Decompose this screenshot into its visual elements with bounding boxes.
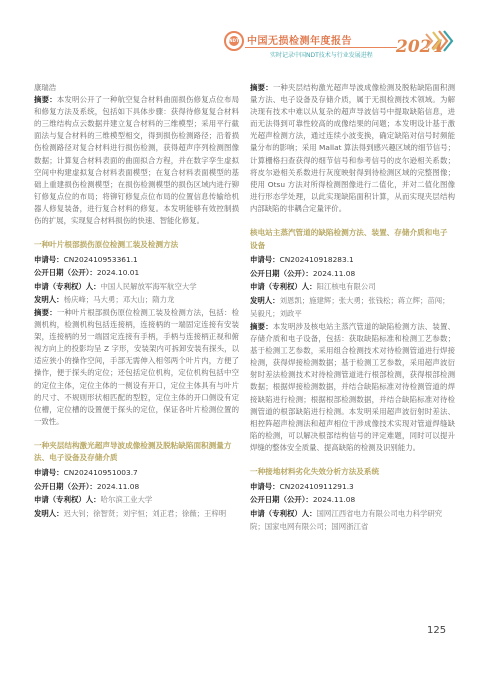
field-label: 申请号： — [250, 482, 280, 491]
field-value: 2024.11.08 — [313, 495, 355, 504]
applicant: 申请（专利权）人：国网江西省电力有限公司电力科学研究院；国家电网有限公司；国网浙… — [250, 507, 455, 534]
field-value: 迟大钊；徐智贤；刘宇恒；刘正君；徐薇；王梓明 — [64, 509, 227, 518]
field-label: 申请（专利权）人： — [34, 282, 101, 291]
field-label: 公开日期（公开）： — [250, 495, 313, 504]
publication-date: 公开日期（公开）：2024.11.08 — [250, 493, 455, 507]
inventors: 发明人：迟大钊；徐智贤；刘宇恒；刘正君；徐薇；王梓明 — [34, 507, 239, 521]
applicant: 申请（专利权）人：中国人民解放军海军航空大学 — [34, 280, 239, 294]
field-value: CN202410951003.7 — [64, 468, 138, 477]
logo-text: NDT — [229, 36, 239, 46]
publication-date: 公开日期（公开）：2024.11.08 — [34, 480, 239, 494]
abstract-text: 一种夹层结构激光超声导波成像检测及脱粘缺陷面积测量方法、电子设备及存储介质，属于… — [250, 83, 455, 213]
field-label: 申请号： — [34, 255, 64, 264]
right-column: 摘要：一种夹层结构激光超声导波成像检测及脱粘缺陷面积测量方法、电子设备及存储介质… — [250, 82, 455, 534]
chevrons-decoration-icon — [424, 30, 454, 52]
application-number: 申请号：CN202410918283.1 — [250, 253, 455, 267]
ndt-logo-icon: NDT — [224, 31, 244, 51]
report-title: 中国无损检测年度报告 — [247, 32, 352, 47]
abstract-text: 本发明涉及核电站主蒸汽管道的缺陷检测方法、装置、存储介质和电子设备，包括：获取缺… — [250, 322, 455, 452]
report-header: NDT 中国无损检测年度报告 实时记录中国NDT技术与行业发展进程 2024 — [0, 0, 480, 62]
field-value: CN202410918283.1 — [280, 255, 354, 264]
publication-date: 公开日期（公开）：2024.10.01 — [34, 266, 239, 280]
header-divider — [245, 47, 397, 48]
field-label: 申请号： — [250, 255, 280, 264]
field-value: 2024.11.08 — [97, 482, 139, 491]
field-label: 发明人： — [34, 509, 64, 518]
abstract-label: 摘要： — [34, 308, 57, 317]
left-column: 康瑞浩 摘要：本发明公开了一种航空复合材料曲面损伤修复点位布局和修复方法及系统，… — [34, 82, 239, 520]
abstract-label: 摘要： — [250, 322, 273, 331]
patent-entry: 核电站主蒸汽管道的缺陷检测方法、装置、存储介质和电子设备 申请号：CN20241… — [250, 227, 455, 454]
field-value: CN202410911291.3 — [280, 482, 354, 491]
patent-abstract: 摘要：一种叶片根部损伤原位检测工装及检测方法，包括：检测机构，检测机构包括连接柄… — [34, 307, 239, 428]
page-number: 125 — [427, 625, 446, 636]
field-label: 申请（专利权）人： — [34, 495, 101, 504]
patent-entry: 一种接地材料劣化失效分析方法及系统 申请号：CN202410911291.3 公… — [250, 466, 455, 534]
field-label: 公开日期（公开）： — [34, 482, 97, 491]
application-number: 申请号：CN202410911291.3 — [250, 480, 455, 494]
field-value: 阳江核电有限公司 — [317, 282, 376, 291]
field-label: 公开日期（公开）： — [34, 268, 97, 277]
patent-title: 一种夹层结构激光超声导波成像检测及脱粘缺陷面积测量方法、电子设备及存储介质 — [34, 440, 239, 465]
patent-title: 一种接地材料劣化失效分析方法及系统 — [250, 466, 455, 479]
applicant: 申请（专利权）人：阳江核电有限公司 — [250, 280, 455, 294]
continued-inventor: 康瑞浩 — [34, 82, 239, 94]
field-value: 2024.11.08 — [313, 269, 355, 278]
abstract-label: 摘要： — [250, 83, 273, 92]
patent-abstract: 摘要：一种夹层结构激光超声导波成像检测及脱粘缺陷面积测量方法、电子设备及存储介质… — [250, 82, 455, 215]
patent-abstract: 摘要：本发明公开了一种航空复合材料曲面损伤修复点位布局和修复方法及系统，包括如下… — [34, 94, 239, 227]
field-label: 公开日期（公开）： — [250, 269, 313, 278]
application-number: 申请号：CN202410951003.7 — [34, 466, 239, 480]
field-label: 发明人： — [34, 295, 64, 304]
field-label: 发明人： — [250, 296, 280, 305]
field-value: 杨庆峰；马大勇；邓大山；隋力龙 — [64, 295, 175, 304]
abstract-text: 一种叶片根部损伤原位检测工装及检测方法，包括：检测机构，检测机构包括连接柄，连接… — [34, 308, 239, 426]
field-value: 刘恩凯；施建辉；张大勇；张钱松；蒋立辉；苗闯；吴毅凡；刘政平 — [250, 296, 450, 319]
field-label: 申请（专利权）人： — [250, 509, 317, 518]
patent-entry: 一种夹层结构激光超声导波成像检测及脱粘缺陷面积测量方法、电子设备及存储介质 申请… — [34, 440, 239, 520]
inventors: 发明人：刘恩凯；施建辉；张大勇；张钱松；蒋立辉；苗闯；吴毅凡；刘政平 — [250, 294, 455, 321]
field-value: CN202410953361.1 — [64, 255, 138, 264]
application-number: 申请号：CN202410953361.1 — [34, 253, 239, 267]
inventors: 发明人：杨庆峰；马大勇；邓大山；隋力龙 — [34, 293, 239, 307]
field-value: 中国人民解放军海军航空大学 — [101, 282, 197, 291]
publication-date: 公开日期（公开）：2024.11.08 — [250, 267, 455, 281]
field-value: 哈尔滨工业大学 — [101, 495, 153, 504]
patent-abstract: 摘要：本发明涉及核电站主蒸汽管道的缺陷检测方法、装置、存储介质和电子设备，包括：… — [250, 321, 455, 454]
patent-entry: 一种叶片根部损伤原位检测工装及检测方法 申请号：CN202410953361.1… — [34, 239, 239, 428]
abstract-text: 本发明公开了一种航空复合材料曲面损伤修复点位布局和修复方法及系统，包括如下具体步… — [34, 95, 239, 225]
field-value: 2024.10.01 — [97, 268, 139, 277]
patent-title: 一种叶片根部损伤原位检测工装及检测方法 — [34, 239, 239, 252]
report-subtitle: 实时记录中国NDT技术与行业发展进程 — [270, 50, 373, 59]
abstract-label: 摘要： — [34, 95, 57, 104]
field-label: 申请号： — [34, 468, 64, 477]
field-label: 申请（专利权）人： — [250, 282, 317, 291]
applicant: 申请（专利权）人：哈尔滨工业大学 — [34, 493, 239, 507]
patent-title: 核电站主蒸汽管道的缺陷检测方法、装置、存储介质和电子设备 — [250, 227, 455, 252]
